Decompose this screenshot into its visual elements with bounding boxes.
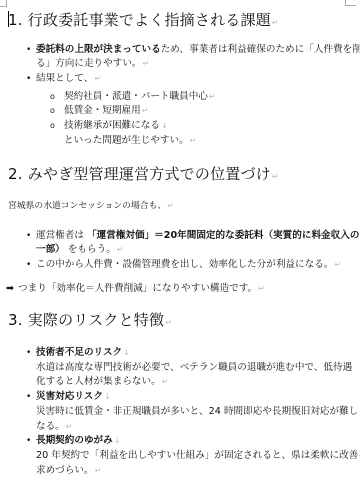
paragraph-mark-icon: ↵	[66, 422, 73, 431]
line-break-mark-icon: ↓	[104, 392, 111, 401]
page-corner-mark-right	[345, 0, 356, 6]
paragraph-mark-icon: ↵	[272, 18, 279, 27]
bullet-icon: •	[26, 258, 31, 272]
paragraph-mark-icon: ↵	[272, 172, 279, 181]
paragraph-mark-icon: ↵	[167, 201, 174, 210]
sub-bullet-icon: o	[50, 90, 55, 104]
s1-sub-bullet-1: 契約社員・派遣・パート職員中心↵	[64, 90, 216, 104]
s2-bullet-2: この中から人件費・設備管理費を出し、効率化した分が利益になる。↵	[36, 258, 341, 272]
section-2-heading: 2. みやぎ型管理運営方式での位置づけ↵	[8, 163, 279, 184]
s1-bullet-2: 結果として、↵	[36, 72, 101, 86]
s3-item-1-title: 技術者不足のリスク↓	[36, 346, 130, 360]
section-3-heading: 3. 実際のリスクと特徴↵	[8, 309, 172, 330]
s1-trailing-text: といった問題が生じやすい。↵	[64, 134, 196, 148]
paragraph-mark-icon: ↵	[190, 136, 197, 145]
bullet-icon: •	[26, 43, 31, 57]
s3-item-1-line-1: 水道は高度な専門技術が必要で、ベテラン職員の退職が進む中で、低待遇	[36, 361, 352, 375]
s1-bullet-1-line-2: る」方向に走りやすい。↵	[36, 57, 149, 71]
sub-bullet-icon: o	[50, 119, 55, 133]
bullet-icon: •	[26, 390, 31, 404]
bullet-icon: •	[26, 346, 31, 360]
sub-bullet-icon: o	[50, 104, 55, 118]
line-break-mark-icon: ↓	[161, 121, 168, 130]
s1-bullet-1-line-1: 委託料の上限が決まっているため、事業者は利益確保のために「人件費を削	[36, 43, 360, 57]
s3-item-3-line-2: 求めづらい。↵	[36, 464, 101, 478]
s3-item-2-line-1: 災害時に低賃金・非正規職員が多いと、24 時間即応や長期復旧対応が難しく	[36, 405, 360, 419]
s2-bullet-1-line-1: 運営権者は 「運営権対価」＝20年間固定的な委託料（実質的に料金収入の	[36, 229, 359, 243]
paragraph-mark-icon: ↵	[95, 466, 102, 475]
s2-intro: 宮城県の水道コンセッションの場合も、↵	[8, 199, 174, 213]
line-break-mark-icon: ↓	[123, 348, 130, 357]
arrow-right-icon: ➡	[6, 283, 14, 294]
paragraph-mark-icon: ↵	[258, 284, 265, 293]
s2-conclusion: ➡つまり「効率化＝人件費削減」になりやすい構造です。↵	[6, 282, 265, 296]
paragraph-mark-icon: ↵	[143, 59, 150, 68]
bullet-icon: •	[26, 72, 31, 86]
s1-sub-bullet-3: 技術継承が困難になる↓	[64, 119, 168, 133]
line-break-mark-icon: ↓	[114, 436, 121, 445]
s3-item-1-line-2: 化すると人材が集まらない。↵	[36, 375, 168, 389]
page-corner-mark-left	[0, 0, 7, 7]
s2-bullet-1-line-2: 一部） をもらう。↵	[36, 243, 124, 257]
section-1-heading: 1. 行政委託事業でよく指摘される課題↵	[8, 9, 279, 30]
paragraph-mark-icon: ↵	[334, 260, 341, 269]
s3-item-2-line-2: なる。↵	[36, 420, 72, 434]
s3-item-2-title: 災害対応リスク↓	[36, 390, 111, 404]
paragraph-mark-icon: ↵	[162, 377, 169, 386]
paragraph-mark-icon: ↵	[94, 74, 101, 83]
paragraph-mark-icon: ↵	[209, 92, 216, 101]
paragraph-mark-icon: ↵	[165, 318, 172, 327]
bullet-icon: •	[26, 434, 31, 448]
paragraph-mark-icon: ↵	[117, 245, 124, 254]
s3-item-3-title: 長期契約のゆがみ↓	[36, 434, 120, 448]
s3-item-3-line-1: 20 年契約で「利益を出しやすい仕組み」が固定されると、県は柔軟に改善を	[36, 449, 360, 463]
paragraph-mark-icon: ↵	[142, 106, 149, 115]
s1-sub-bullet-2: 低賃金・短期雇用↵	[64, 104, 148, 118]
bullet-icon: •	[26, 229, 31, 243]
